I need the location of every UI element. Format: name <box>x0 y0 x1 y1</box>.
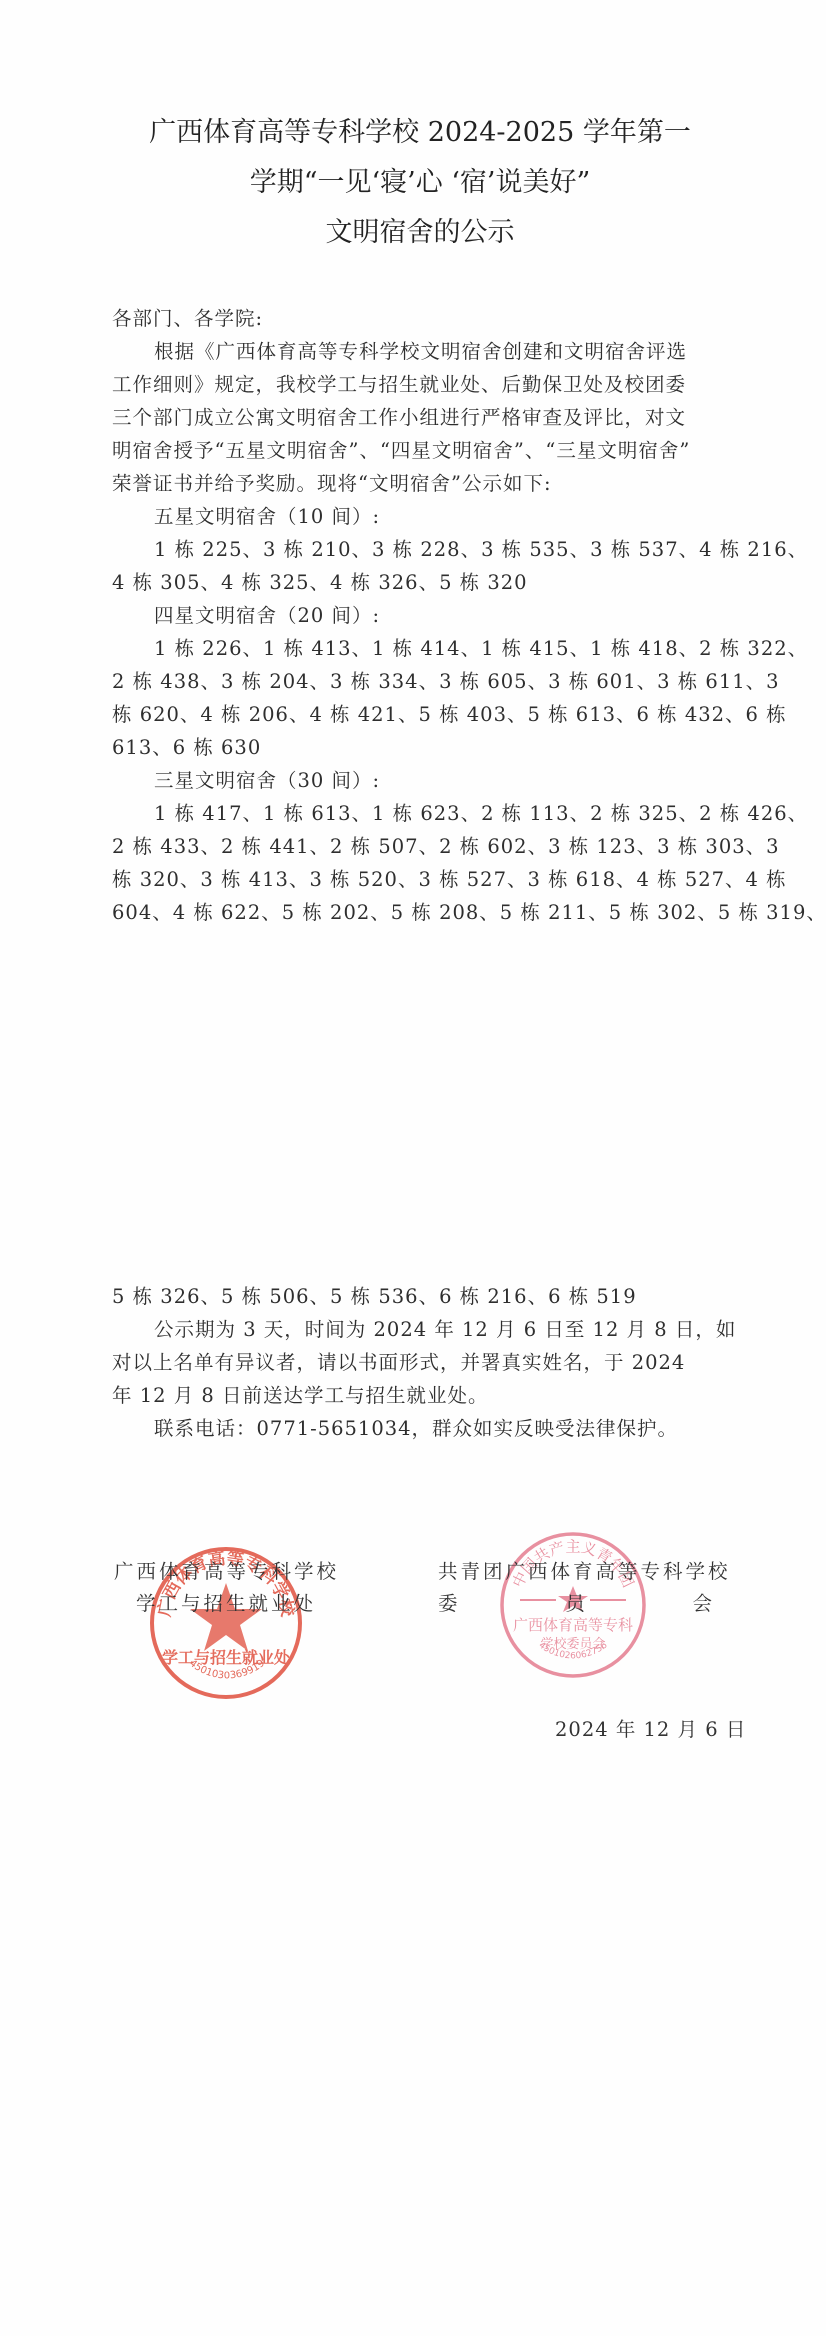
signature-right-line-1: 共青团广西体育高等专科学校 <box>438 1556 731 1588</box>
intro-line: 明宿舍授予“五星文明宿舍”、“四星文明宿舍”、“三星文明宿舍” <box>112 434 722 467</box>
document-date: 2024 年 12 月 6 日 <box>555 1714 746 1742</box>
signature-right-word: 委 <box>438 1588 461 1620</box>
document-title: 广西体育高等专科学校 2024-2025 学年第一 学期“一见‘寝’心 ‘宿’说… <box>110 108 730 258</box>
four-star-rooms: 613、6 栋 630 <box>112 731 722 764</box>
four-star-rooms: 2 栋 438、3 栋 204、3 栋 334、3 栋 605、3 栋 601、… <box>112 665 722 698</box>
notice-line: 年 12 月 8 日前送达学工与招生就业处。 <box>112 1379 722 1412</box>
four-star-rooms: 1 栋 226、1 栋 413、1 栋 414、1 栋 415、1 栋 418、… <box>112 632 722 665</box>
five-star-rooms: 4 栋 305、4 栋 325、4 栋 326、5 栋 320 <box>112 566 722 599</box>
signature-left-line-2: 学工与招生就业处 <box>114 1588 339 1620</box>
signature-right-word: 员 <box>565 1588 588 1620</box>
three-star-rooms: 栋 320、3 栋 413、3 栋 520、3 栋 527、3 栋 618、4 … <box>112 863 722 896</box>
document-page: 广西体育高等专科学校 2024-2025 学年第一 学期“一见‘寝’心 ‘宿’说… <box>0 0 826 2336</box>
four-star-rooms: 栋 620、4 栋 206、4 栋 421、5 栋 403、5 栋 613、6 … <box>112 698 722 731</box>
title-line-2: 学期“一见‘寝’心 ‘宿’说美好” <box>110 158 730 208</box>
three-star-heading: 三星文明宿舍（30 间）: <box>112 764 722 797</box>
intro-line: 三个部门成立公寓文明宿舍工作小组进行严格审查及评比，对文 <box>112 401 722 434</box>
seal-left-bottom-text: 学工与招生就业处 <box>162 1648 290 1667</box>
three-star-rooms: 604、4 栋 622、5 栋 202、5 栋 208、5 栋 211、5 栋 … <box>112 896 722 929</box>
signature-right-word: 会 <box>692 1588 715 1620</box>
title-line-1: 广西体育高等专科学校 2024-2025 学年第一 <box>110 108 730 158</box>
five-star-heading: 五星文明宿舍（10 间）: <box>112 500 722 533</box>
salutation: 各部门、各学院: <box>112 302 722 335</box>
notice-line: 公示期为 3 天，时间为 2024 年 12 月 6 日至 12 月 8 日，如 <box>112 1313 722 1346</box>
three-star-rooms: 2 栋 433、2 栋 441、2 栋 507、2 栋 602、3 栋 123、… <box>112 830 722 863</box>
three-star-rooms: 1 栋 417、1 栋 613、1 栋 623、2 栋 113、2 栋 325、… <box>112 797 722 830</box>
four-star-heading: 四星文明宿舍（20 间）: <box>112 599 722 632</box>
signature-left: 广西体育高等专科学校 学工与招生就业处 <box>114 1556 339 1620</box>
document-body-continued: 5 栋 326、5 栋 506、5 栋 536、6 栋 216、6 栋 519 … <box>112 1280 722 1445</box>
signature-left-line-1: 广西体育高等专科学校 <box>114 1556 339 1588</box>
intro-line: 根据《广西体育高等专科学校文明宿舍创建和文明宿舍评选 <box>112 335 722 368</box>
intro-line: 荣誉证书并给予奖励。现将“文明宿舍”公示如下: <box>112 467 722 500</box>
notice-line: 对以上名单有异议者，请以书面形式，并署真实姓名，于 2024 <box>112 1346 722 1379</box>
contact-line: 联系电话：0771-5651034，群众如实反映受法律保护。 <box>112 1412 722 1445</box>
signature-right: 共青团广西体育高等专科学校 委 员 会 <box>438 1556 731 1620</box>
signature-right-line-2: 委 员 会 <box>438 1588 715 1620</box>
intro-line: 工作细则》规定，我校学工与招生就业处、后勤保卫处及校团委 <box>112 368 722 401</box>
title-line-3: 文明宿舍的公示 <box>110 208 730 258</box>
five-star-rooms: 1 栋 225、3 栋 210、3 栋 228、3 栋 535、3 栋 537、… <box>112 533 722 566</box>
document-body: 各部门、各学院: 根据《广西体育高等专科学校文明宿舍创建和文明宿舍评选 工作细则… <box>112 302 722 929</box>
three-star-rooms: 5 栋 326、5 栋 506、5 栋 536、6 栋 216、6 栋 519 <box>112 1280 722 1313</box>
